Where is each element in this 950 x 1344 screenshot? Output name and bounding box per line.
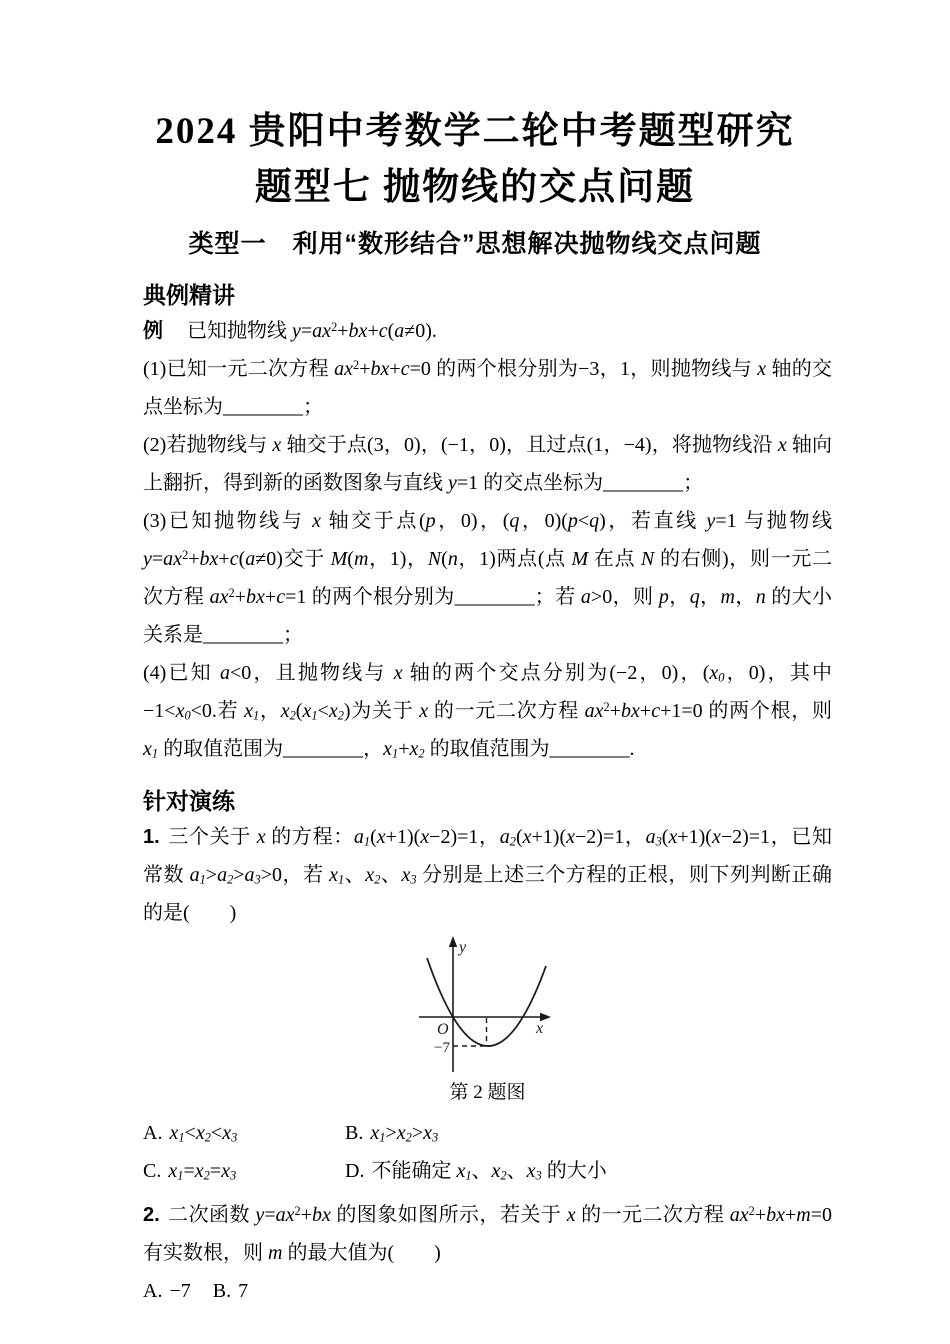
q1-option-a: A.x1<x2<x3 (143, 1114, 345, 1152)
q2-option-b-label: B. (213, 1280, 231, 1302)
example-part-3: (3)已知抛物线与 x 轴交于点(p，0)，(q，0)(p<q)，若直线 y=1… (143, 502, 832, 654)
q1-option-c: C.x1=x2=x3 (143, 1152, 345, 1190)
parabola-svg: y x O −7 (403, 936, 573, 1076)
q2-option-a-text: −7 (169, 1280, 190, 1302)
q1-option-d-label: D. (345, 1160, 364, 1182)
question-2: 2.二次函数 y=ax2+bx 的图象如图所示，若关于 x 的一元二次方程 ax… (143, 1196, 832, 1272)
doc-title-line2: 题型七 抛物线的交点问题 (0, 160, 950, 216)
question-1: 1.三个关于 x 的方程：a1(x+1)(x−2)=1，a2(x+1)(x−2)… (143, 818, 832, 932)
y-axis-arrow (448, 936, 456, 947)
question-2-options: A.−7 B.7 (143, 1272, 832, 1310)
vertex-y-value-label: −7 (434, 1040, 450, 1056)
q1-option-b-text: x1>x2>x3 (370, 1122, 438, 1144)
x-axis-label: x (535, 1020, 543, 1037)
question-2-text: 二次函数 y=ax2+bx 的图象如图所示，若关于 x 的一元二次方程 ax2+… (143, 1204, 832, 1264)
practice-section-heading: 针对演练 (143, 786, 832, 816)
q1-option-b: B.x1>x2>x3 (345, 1114, 832, 1152)
parabola-figure-block: y x O −7 第 2 题图 (143, 936, 832, 1108)
q2-option-a-label: A. (143, 1280, 162, 1302)
q1-option-b-label: B. (345, 1122, 363, 1144)
title-block: 2024 贵阳中考数学二轮中考题型研究 题型七 抛物线的交点问题 类型一 利用“… (0, 0, 950, 262)
q1-option-c-text: x1=x2=x3 (168, 1160, 236, 1182)
q1-option-a-label: A. (143, 1122, 162, 1144)
question-1-number: 1. (143, 826, 160, 848)
example-intro-text: 已知抛物线 y=ax2+bx+c(a≠0). (187, 320, 437, 342)
example-intro: 例已知抛物线 y=ax2+bx+c(a≠0). (143, 312, 832, 350)
question-2-number: 2. (143, 1204, 160, 1226)
example-part-1: (1)已知一元二次方程 ax2+bx+c=0 的两个根分别为−3，1，则抛物线与… (143, 350, 832, 426)
question-1-options: A.x1<x2<x3 B.x1>x2>x3 C.x1=x2=x3 D.不能确定 … (143, 1114, 832, 1190)
document-content: 典例精讲 例已知抛物线 y=ax2+bx+c(a≠0). (1)已知一元二次方程… (0, 280, 950, 1310)
q2-option-a: A.−7 (143, 1272, 191, 1310)
origin-label: O (437, 1021, 449, 1038)
q2-option-b-text: 7 (238, 1280, 248, 1302)
q1-option-a-text: x1<x2<x3 (169, 1122, 237, 1144)
example-section-heading: 典例精讲 (143, 280, 832, 310)
document-page: 2024 贵阳中考数学二轮中考题型研究 题型七 抛物线的交点问题 类型一 利用“… (0, 0, 950, 1344)
type1-section-heading: 类型一 利用“数形结合”思想解决抛物线交点问题 (0, 226, 950, 262)
example-part-4: (4)已知 a<0，且抛物线与 x 轴的两个交点分别为(−2，0)，(x0，0)… (143, 654, 832, 768)
q2-option-b: B.7 (213, 1272, 248, 1310)
q1-option-d-text: 不能确定 x1、x2、x3 的大小 (371, 1160, 606, 1182)
doc-title-line1: 2024 贵阳中考数学二轮中考题型研究 (0, 104, 950, 160)
figure-caption: 第 2 题图 (143, 1078, 832, 1108)
y-axis-label: y (457, 939, 467, 956)
q1-option-d: D.不能确定 x1、x2、x3 的大小 (345, 1152, 832, 1190)
parabola-figure: y x O −7 第 2 题图 (143, 936, 832, 1108)
example-part-2: (2)若抛物线与 x 轴交于点(3，0)，(−1，0)，且过点(1，−4)，将抛… (143, 426, 832, 502)
example-label: 例 (143, 320, 163, 342)
q1-option-c-label: C. (143, 1160, 161, 1182)
question-1-text: 三个关于 x 的方程：a1(x+1)(x−2)=1，a2(x+1)(x−2)=1… (143, 826, 832, 924)
